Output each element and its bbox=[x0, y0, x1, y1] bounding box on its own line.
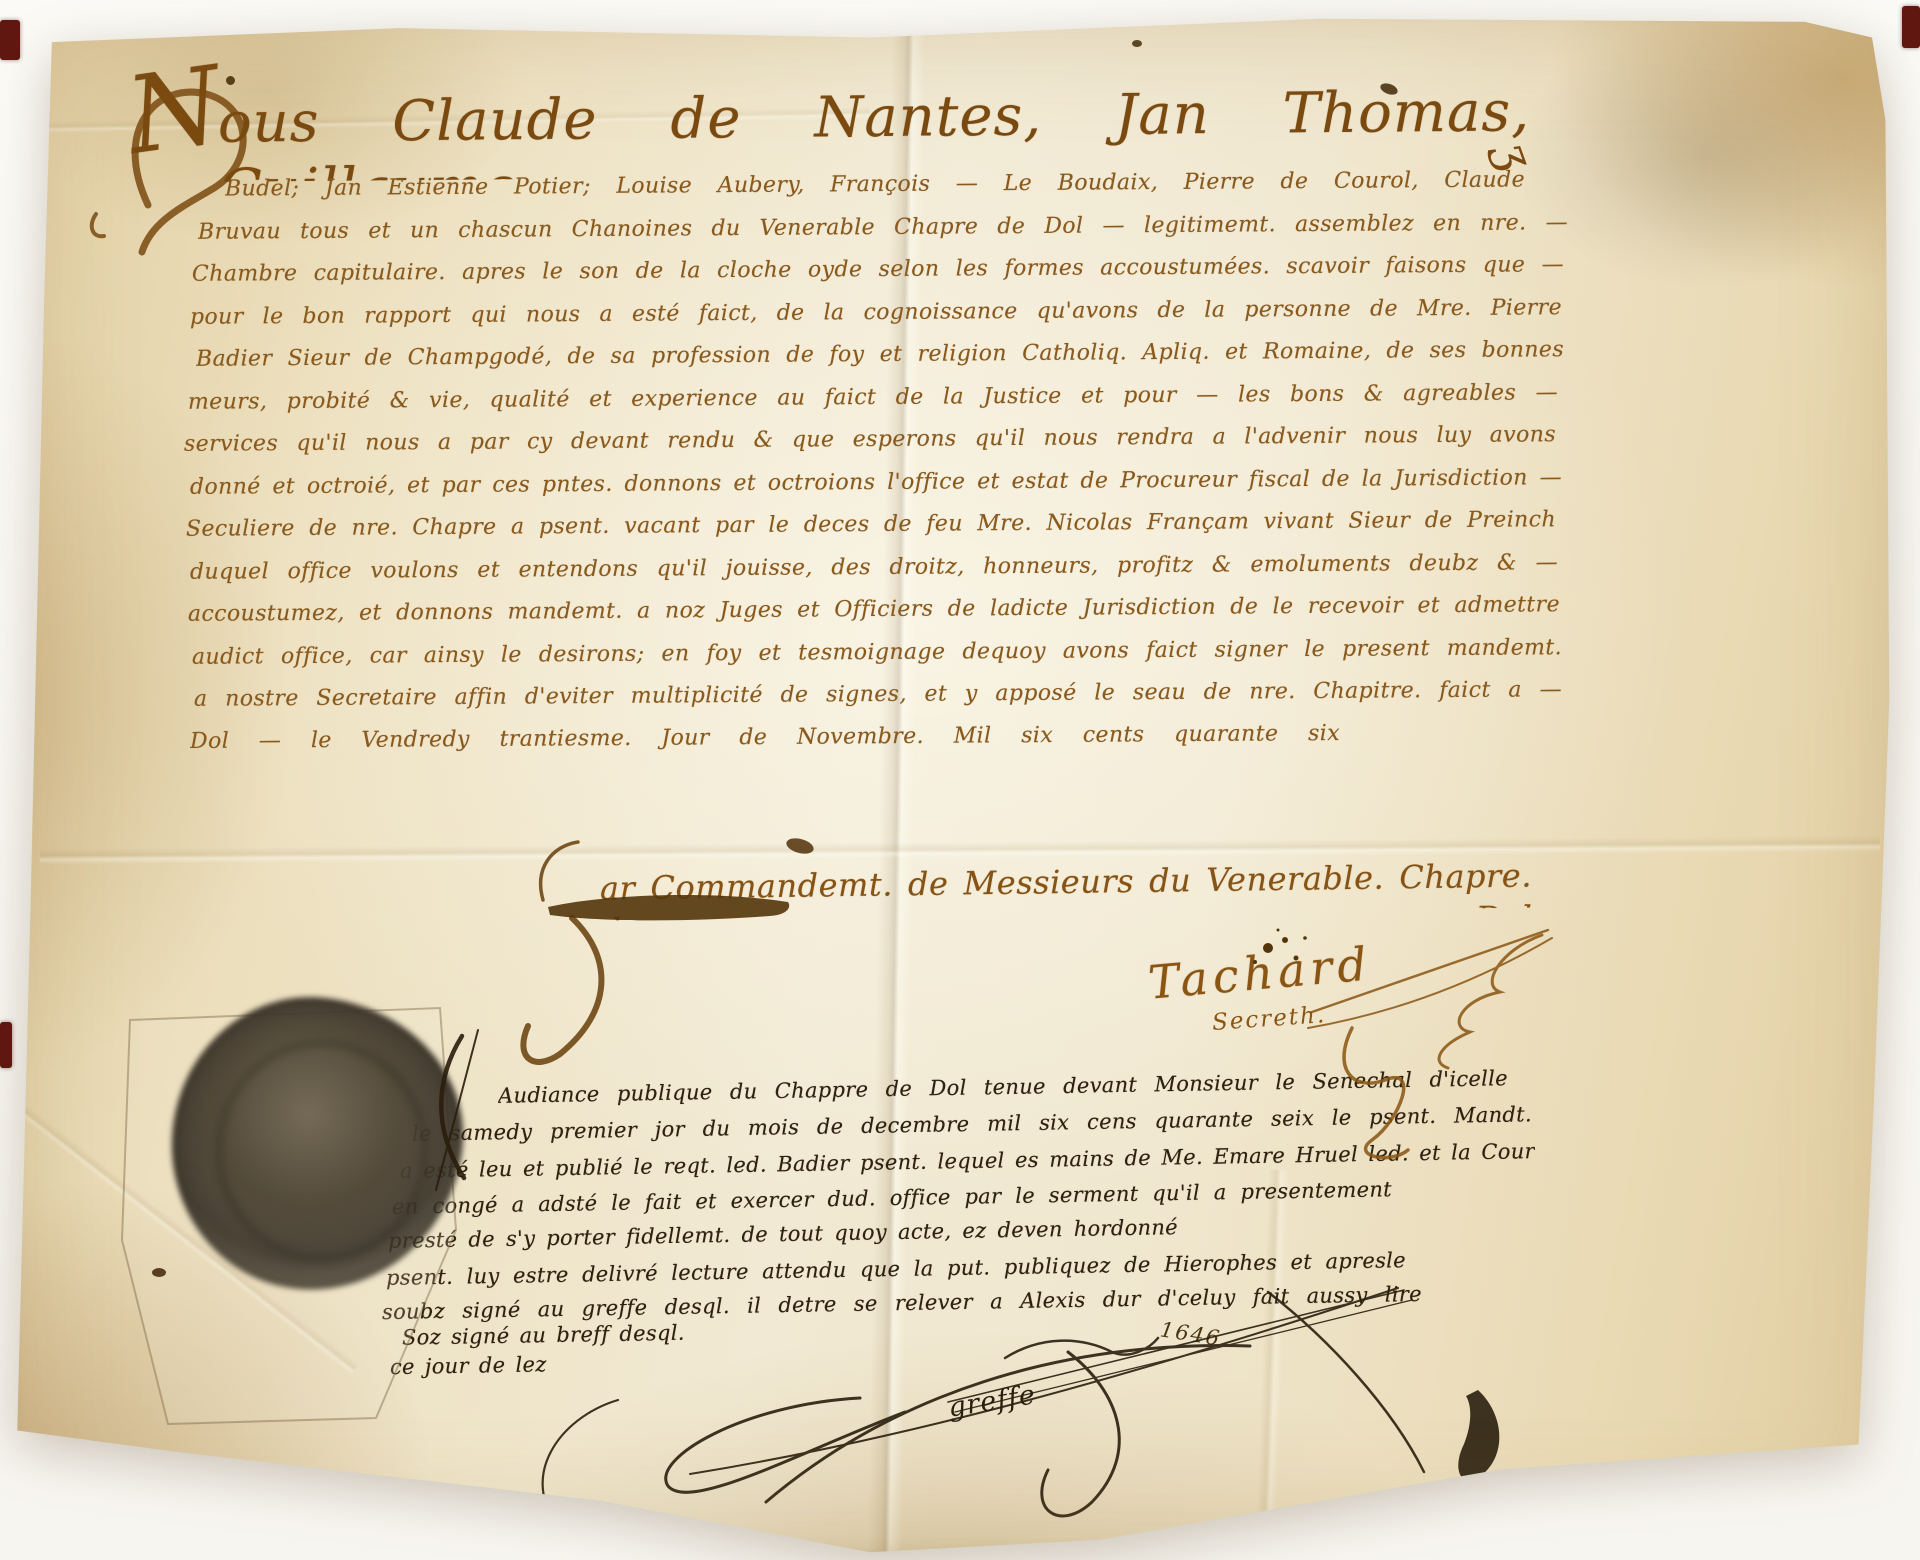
manuscript-line: Chambre capitulaire. apres le son de la … bbox=[192, 248, 1564, 296]
manuscript-line: audict office, car ainsy le desirons; en… bbox=[192, 631, 1562, 679]
manuscript-line: Budel; Jan Estienne Potier; Louise Auber… bbox=[225, 163, 1525, 210]
clerk-greffe-note: greffe bbox=[946, 1379, 1038, 1423]
parchment-wrap: N ous Claude de Nantes, Jan Thomas, Guil… bbox=[0, 0, 1920, 1560]
paraph-right-hook bbox=[1268, 1292, 1424, 1472]
attestation-line: ce jour de lez bbox=[390, 1348, 631, 1386]
heading-initial: N bbox=[121, 52, 228, 170]
red-edge-mark bbox=[1902, 6, 1920, 48]
parchment-sheet: N ous Claude de Nantes, Jan Thomas, Guil… bbox=[0, 0, 1920, 1560]
manuscript-line: Badier Sieur de Champgodé, de sa profess… bbox=[196, 333, 1564, 381]
paraph-teardrop bbox=[1458, 1390, 1499, 1481]
lower-right-crease bbox=[1255, 1170, 1288, 1550]
subscription-line: ar Commandemt. de Messieurs du Venerable… bbox=[600, 855, 1533, 920]
paraph-figure8 bbox=[1042, 1352, 1119, 1516]
paraph-curve-1 bbox=[766, 1346, 1250, 1502]
secretary-title: Secreth. bbox=[1211, 1002, 1327, 1036]
ink-blot bbox=[902, 28, 910, 34]
ink-blot bbox=[152, 1268, 166, 1277]
manuscript-line: a nostre Secretaire affin d'eviter multi… bbox=[194, 673, 1562, 721]
paraph-top-squiggle bbox=[1005, 1338, 1158, 1358]
horizontal-fold-crease bbox=[40, 836, 1880, 865]
ink-splat bbox=[785, 836, 816, 857]
manuscript-line: services qu'il nous a par cy devant rend… bbox=[184, 418, 1556, 466]
paraph-open-c bbox=[543, 1400, 618, 1528]
manuscript-line: Seculiere de nre. Chapre a psent. vacant… bbox=[186, 503, 1556, 551]
ink-blot bbox=[1132, 40, 1142, 47]
manuscript-line: accoustumez, et donnons mandemt. a noz J… bbox=[188, 588, 1560, 636]
red-edge-mark bbox=[0, 1022, 12, 1068]
manuscript-line: donné et octroié, et par ces pntes. donn… bbox=[190, 461, 1562, 509]
wax-seal-ring bbox=[216, 1040, 428, 1262]
manuscript-line: duquel office voulons et entendons qu'il… bbox=[190, 546, 1558, 594]
subscription-p-curl bbox=[541, 842, 578, 900]
secretary-signature: Tachard bbox=[1146, 936, 1374, 1009]
red-edge-mark bbox=[0, 20, 20, 60]
paraph-year: 1646 bbox=[1159, 1317, 1223, 1350]
manuscript-line: meurs, probité & vie, qualité et experie… bbox=[188, 376, 1558, 424]
paraph-loop-left bbox=[666, 1398, 905, 1492]
manuscript-line: pour le bon rapport qui nous a esté faic… bbox=[190, 291, 1562, 339]
manuscript-line: Bruvau tous et un chascun Chanoines du V… bbox=[198, 206, 1568, 254]
heading-initial-foot bbox=[92, 214, 104, 236]
ink-blot bbox=[226, 76, 235, 85]
manuscript-line: Dol — le Vendredy trantiesme. Jour de No… bbox=[190, 717, 1340, 763]
subscription-p-descender bbox=[523, 918, 601, 1062]
tachard-flourish-feather bbox=[1439, 935, 1542, 1068]
